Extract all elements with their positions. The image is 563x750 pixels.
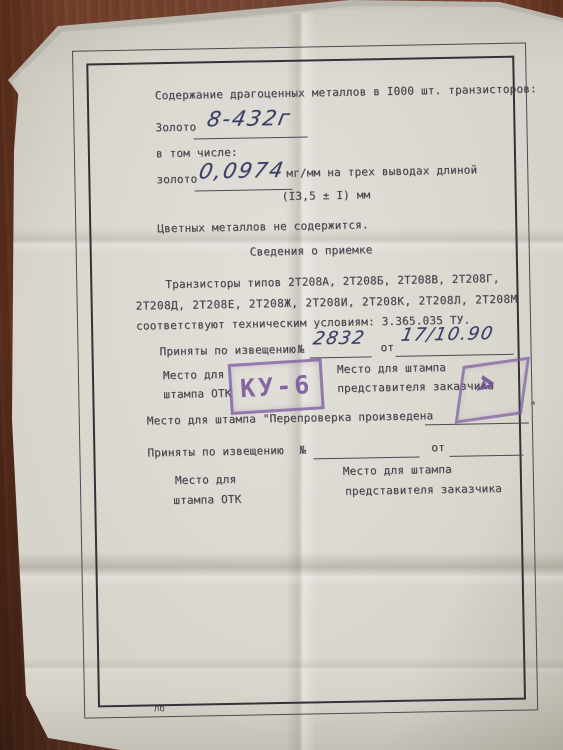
recheck-closing-quote: " [529, 399, 536, 412]
accepted-label: Приняты по извещению [159, 343, 296, 358]
gold-label: Золото [155, 121, 196, 135]
accepted2-label: Приняты по извещению [147, 444, 284, 459]
otk-stamp-ku6: КУ-6 [228, 358, 325, 415]
gold2-label: золото [156, 173, 197, 187]
customer-stamp-area-line1: Место для штампа [337, 361, 446, 376]
accepted2-no-sign: № [299, 444, 306, 457]
lead-length-line: (I3,5 ± I) мм [282, 188, 371, 203]
customer-diamond-stamp: А [455, 357, 530, 424]
otk-stamp-area-line1: Место для [163, 368, 225, 382]
notice-number-handwritten: 2832 [311, 327, 367, 349]
page-mark: лб [154, 704, 165, 714]
gold-handwritten-value: 8-432г [205, 106, 294, 132]
acceptance-header: Сведения о приемке [250, 243, 373, 258]
otk2-stamp-area-line2: штампа ОТК [173, 493, 241, 507]
accepted2-from-label: от [431, 441, 445, 454]
customer2-stamp-area-line1: Место для штампа [343, 463, 452, 478]
photo-of-document: Содержание драгоценных металлов в I000 ш… [0, 0, 563, 750]
document-content: Содержание драгоценных металлов в I000 ш… [0, 0, 563, 750]
customer-stamp-mark: А [472, 374, 500, 393]
notice-date-handwritten: 17/10.90 [399, 323, 496, 346]
gold2-handwritten-value: 0,0974 [197, 158, 287, 184]
accepted-from-label: от [380, 341, 394, 354]
otk-stamp-area-line2: штампа ОТК [163, 387, 231, 401]
otk-stamp-text: КУ-6 [239, 370, 313, 403]
accepted-no-sign: № [297, 343, 304, 356]
otk2-stamp-area-line1: Место для [175, 473, 237, 487]
